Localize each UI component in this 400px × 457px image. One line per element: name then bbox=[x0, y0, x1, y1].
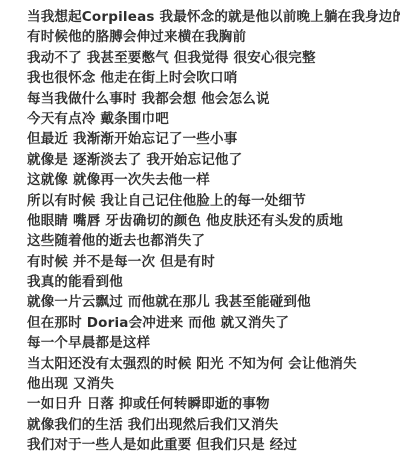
text-line: 就像一片云飘过 而他就在那儿 我甚至能碰到他 bbox=[27, 292, 400, 312]
text-line: 今天有点冷 戴条围巾吧 bbox=[27, 109, 400, 129]
text-line: 每当我做什么事时 我都会想 他会怎么说 bbox=[27, 89, 400, 109]
text-line: 我也很怀念 他走在街上时会吹口哨 bbox=[27, 68, 400, 88]
text-line: 但最近 我渐渐开始忘记了一些小事 bbox=[27, 129, 400, 149]
text-line: 当我想起Corpileas 我最怀念的就是他以前晚上躺在我身边的样子 bbox=[27, 7, 400, 27]
text-line: 我动不了 我甚至要憋气 但我觉得 很安心很完整 bbox=[27, 48, 400, 68]
lyrics-page: 当我想起Corpileas 我最怀念的就是他以前晚上躺在我身边的样子 有时候他的… bbox=[0, 0, 400, 457]
lyrics-text-block: 当我想起Corpileas 我最怀念的就是他以前晚上躺在我身边的样子 有时候他的… bbox=[0, 0, 400, 456]
text-line: 就像我们的生活 我们出现然后我们又消失 bbox=[27, 415, 400, 435]
text-line: 有时候 并不是每一次 但是有时 bbox=[27, 252, 400, 272]
text-line: 当太阳还没有太强烈的时候 阳光 不知为何 会让他消失 bbox=[27, 354, 400, 374]
text-line: 我们对于一些人是如此重要 但我们只是 经过 bbox=[27, 435, 400, 455]
text-line: 所以有时候 我让自己记住他脸上的每一处细节 bbox=[27, 191, 400, 211]
text-line: 这就像 就像再一次失去他一样 bbox=[27, 170, 400, 190]
text-line: 有时候他的胳膊会伸过来横在我胸前 bbox=[27, 27, 400, 47]
text-line: 这些随着他的逝去也都消失了 bbox=[27, 231, 400, 251]
text-line: 一如日升 日落 抑或任何转瞬即逝的事物 bbox=[27, 394, 400, 414]
text-line: 但在那时 Doria会冲进来 而他 就又消失了 bbox=[27, 313, 400, 333]
text-line: 我真的能看到他 bbox=[27, 272, 400, 292]
text-line: 他眼睛 嘴唇 牙齿确切的颜色 他皮肤还有头发的质地 bbox=[27, 211, 400, 231]
text-line: 就像是 逐渐淡去了 我开始忘记他了 bbox=[27, 150, 400, 170]
text-line: 每一个早晨都是这样 bbox=[27, 333, 400, 353]
text-line: 他出现 又消失 bbox=[27, 374, 400, 394]
